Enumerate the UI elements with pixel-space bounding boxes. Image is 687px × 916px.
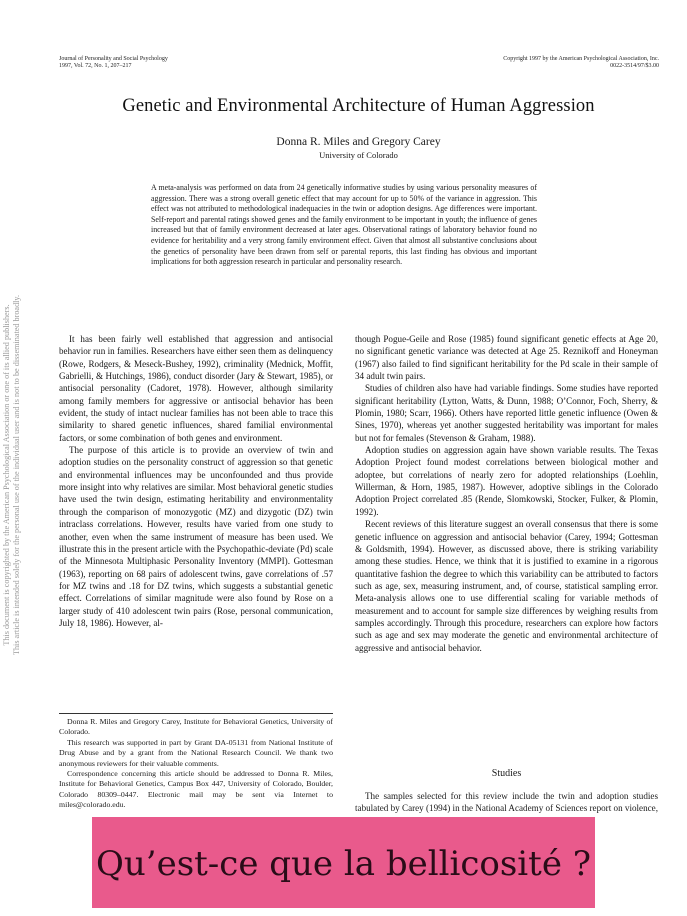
watermark-line-2: This article is intended solely for the … xyxy=(12,255,22,695)
body-paragraph: though Pogue-Geile and Rose (1985) found… xyxy=(355,333,658,382)
body-paragraph: Studies of children also have had variab… xyxy=(355,382,658,444)
footnotes: Donna R. Miles and Gregory Carey, Instit… xyxy=(59,717,333,811)
watermark-line-1: This document is copyrighted by the Amer… xyxy=(2,255,12,695)
copyright-notice: Copyright 1997 by the American Psycholog… xyxy=(503,56,659,70)
issn-code: 0022-3514/97/$3.00 xyxy=(503,63,659,70)
caption-banner: Qu’est-ce que la bellicosité ? xyxy=(92,817,595,908)
journal-citation: Journal of Personality and Social Psycho… xyxy=(59,56,168,70)
footnote-funding: This research was supported in part by G… xyxy=(59,738,333,769)
body-paragraph: The purpose of this article is to provid… xyxy=(59,444,333,629)
copyright-watermark: This document is copyrighted by the Amer… xyxy=(2,255,26,695)
copyright-line: Copyright 1997 by the American Psycholog… xyxy=(503,56,659,63)
article-abstract: A meta-analysis was performed on data fr… xyxy=(151,183,537,268)
section-heading-studies: Studies xyxy=(355,768,658,779)
body-column-left: It has been fairly well established that… xyxy=(59,333,333,629)
article-title: Genetic and Environmental Architecture o… xyxy=(0,96,687,117)
journal-page: This document is copyrighted by the Amer… xyxy=(0,0,687,916)
article-authors: Donna R. Miles and Gregory Carey xyxy=(0,136,687,148)
body-column-right: though Pogue-Geile and Rose (1985) found… xyxy=(355,333,658,654)
body-paragraph: Recent reviews of this literature sugges… xyxy=(355,518,658,654)
footnote-correspondence: Correspondence concerning this article s… xyxy=(59,769,333,811)
banner-question: Qu’est-ce que la bellicosité ? xyxy=(96,848,591,881)
journal-name: Journal of Personality and Social Psycho… xyxy=(59,56,168,63)
footnote-divider xyxy=(59,713,333,714)
footnote-author-note: Donna R. Miles and Gregory Carey, Instit… xyxy=(59,717,333,738)
body-paragraph: Adoption studies on aggression again hav… xyxy=(355,444,658,518)
body-paragraph: It has been fairly well established that… xyxy=(59,333,333,444)
author-affiliation: University of Colorado xyxy=(0,150,687,160)
journal-volume: 1997, Vol. 72, No. 1, 207–217 xyxy=(59,63,168,70)
